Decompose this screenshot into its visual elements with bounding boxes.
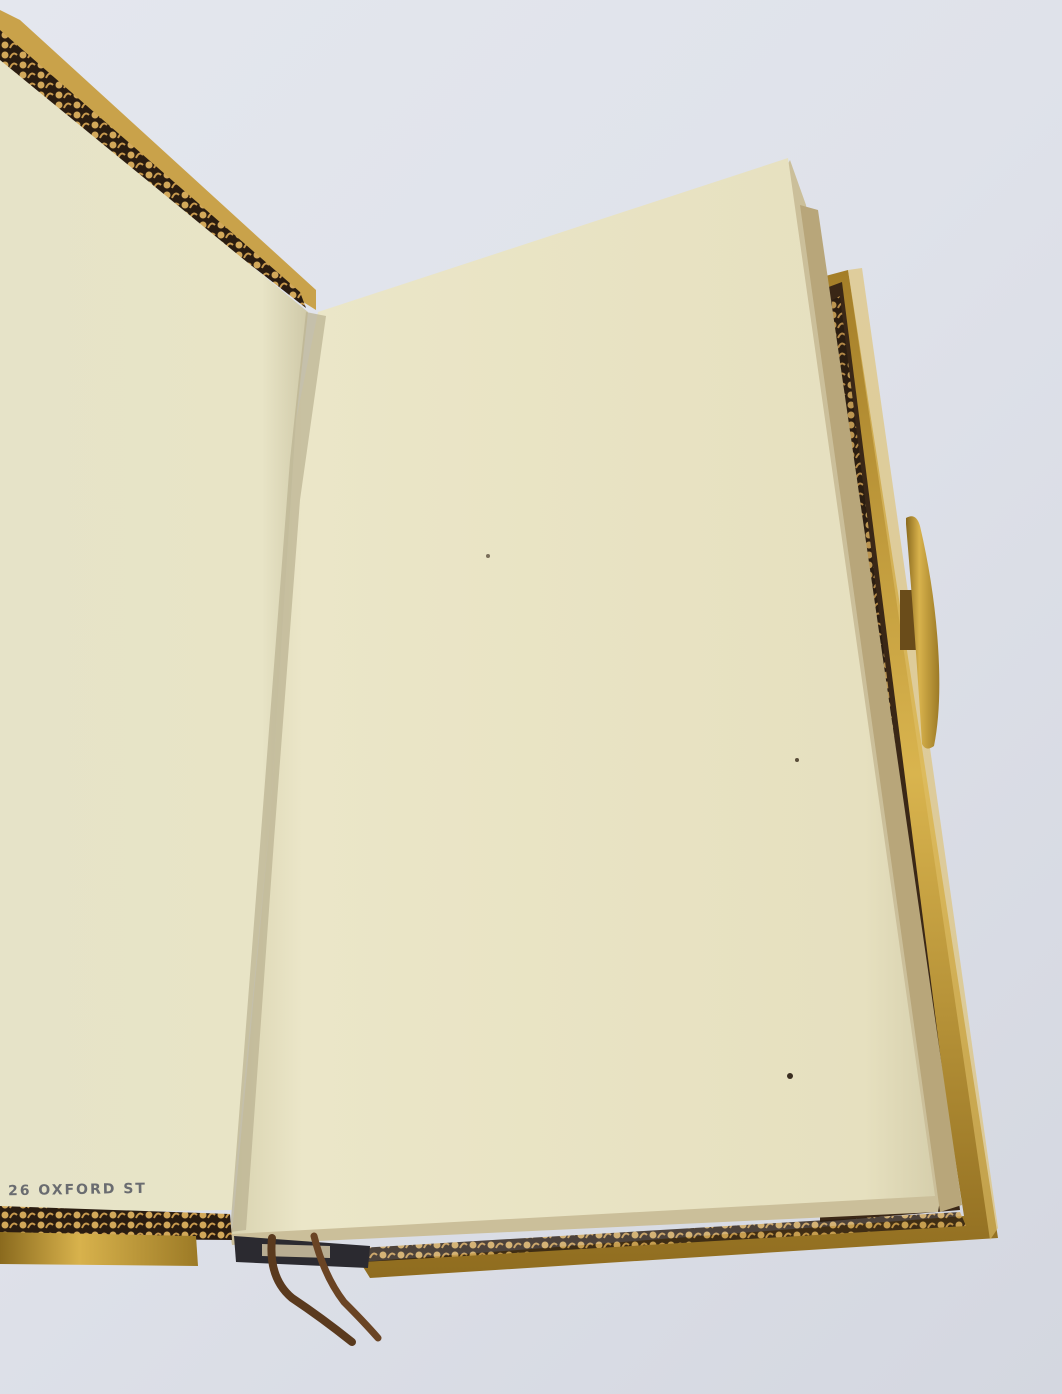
binder-imprint: 26 OXFORD ST [8, 1181, 147, 1199]
book-photo [0, 0, 1062, 1394]
bottom-left-border [0, 1206, 232, 1266]
